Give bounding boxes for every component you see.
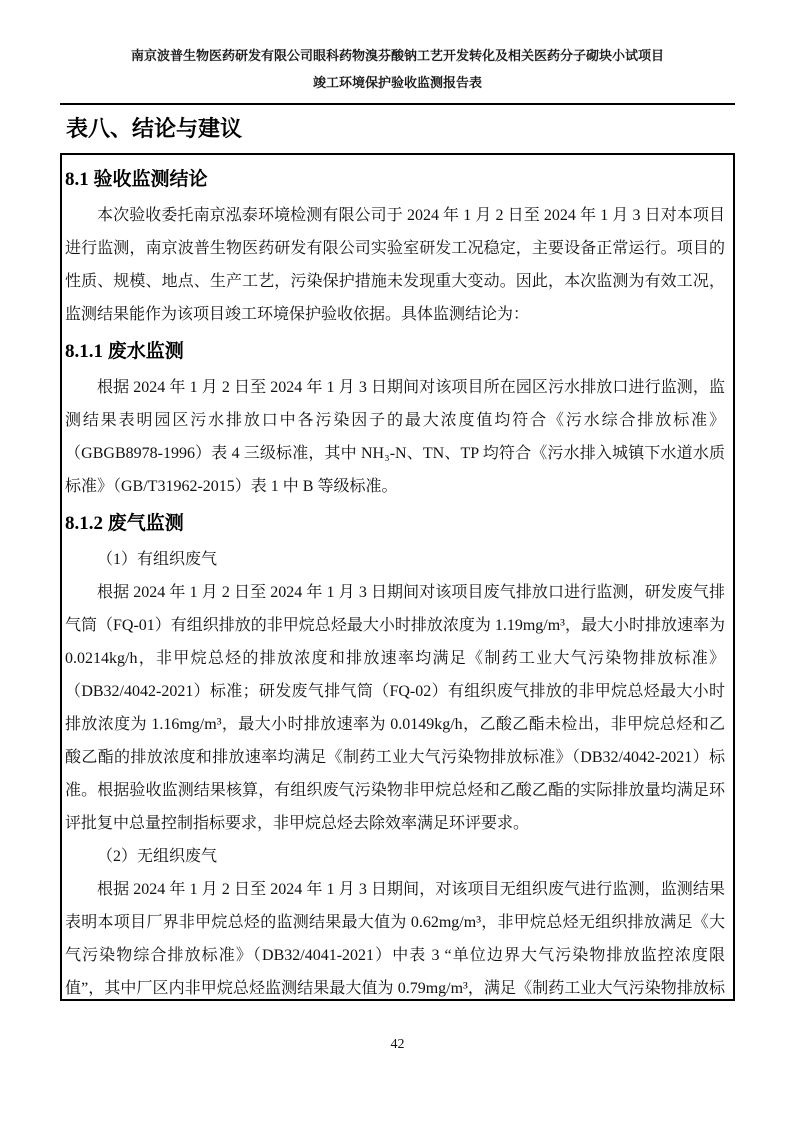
paragraph-8-1: 本次验收委托南京泓泰环境检测有限公司于 2024 年 1 月 2 日至 2024… xyxy=(65,199,725,331)
section-heading-8-1: 8.1 验收监测结论 xyxy=(65,163,725,197)
subitem-unorganized-gas: （2）无组织废气 xyxy=(65,840,725,873)
paragraph-organized-gas: 根据 2024 年 1 月 2 日至 2024 年 1 月 3 日期间对该项目废… xyxy=(65,576,725,840)
section-heading-8-1-2: 8.1.2 废气监测 xyxy=(65,507,725,541)
document-header: 南京波普生物医药研发有限公司眼科药物溴芬酸钠工艺开发转化及相关医药分子砌块小试项… xyxy=(60,42,735,96)
conclusion-box: 8.1 验收监测结论 本次验收委托南京泓泰环境检测有限公司于 2024 年 1 … xyxy=(60,153,735,1001)
page-title: 表八、结论与建议 xyxy=(66,114,735,144)
section-heading-8-1-1: 8.1.1 废水监测 xyxy=(65,335,725,369)
paragraph-8-1-1: 根据 2024 年 1 月 2 日至 2024 年 1 月 3 日期间对该项目所… xyxy=(65,371,725,503)
paragraph-unorganized-gas: 根据 2024 年 1 月 2 日至 2024 年 1 月 3 日期间，对该项目… xyxy=(65,873,725,1001)
subitem-organized-gas: （1）有组织废气 xyxy=(65,543,725,576)
header-line-2: 竣工环境保护验收监测报告表 xyxy=(60,69,735,96)
header-divider xyxy=(60,103,735,105)
page-footer: 42 xyxy=(60,1037,735,1053)
header-line-1: 南京波普生物医药研发有限公司眼科药物溴芬酸钠工艺开发转化及相关医药分子砌块小试项… xyxy=(60,42,735,69)
page-number: 42 xyxy=(391,1037,405,1052)
document-page: 南京波普生物医药研发有限公司眼科药物溴芬酸钠工艺开发转化及相关医药分子砌块小试项… xyxy=(0,0,794,1123)
